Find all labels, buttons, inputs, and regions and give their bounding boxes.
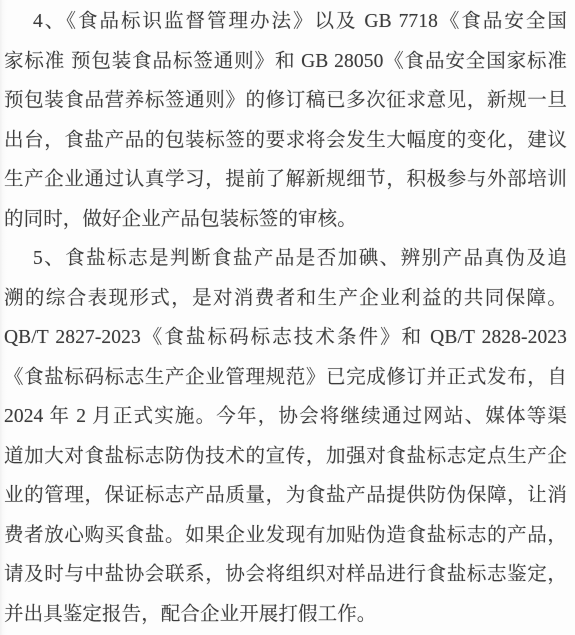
text-line: 并出具鉴定报告，配合企业开展打假工作。	[4, 595, 567, 635]
document-page: 4、《食品标识监督管理办法》以及 GB 7718《食品安全国 家标准 预包装食品…	[0, 0, 575, 635]
text-line: 4、《食品标识监督管理办法》以及 GB 7718《食品安全国	[4, 2, 567, 42]
text-line: 预包装食品营养标签通则》的修订稿已多次征求意见，新规一旦	[4, 81, 567, 121]
text-line: 请及时与中盐协会联系，协会将组织对样品进行食盐标志鉴定，	[4, 555, 567, 595]
paragraph-item-4: 4、《食品标识监督管理办法》以及 GB 7718《食品安全国 家标准 预包装食品…	[4, 2, 567, 239]
text-line: 《食盐标码标志生产企业管理规范》已完成修订并正式发布，自	[4, 358, 567, 398]
text-line: 道加大对食盐标志防伪技术的宣传，加强对食盐标志定点生产企	[4, 437, 567, 477]
text-line: 业的管理，保证标志产品质量，为食盐产品提供防伪保障，让消	[4, 476, 567, 516]
paragraph-item-5: 5、食盐标志是判断食盐产品是否加碘、辨别产品真伪及追 溯的综合表现形式，是对消费…	[4, 239, 567, 634]
text-line: 溯的综合表现形式，是对消费者和生产企业利益的共同保障。	[4, 279, 567, 319]
text-line: 费者放心购买食盐。如果企业发现有加贴伪造食盐标志的产品，	[4, 516, 567, 556]
text-line: 出台，食盐产品的包装标签的要求将会发生大幅度的变化，建议	[4, 121, 567, 161]
text-line: 2024 年 2 月正式实施。今年，协会将继续通过网站、媒体等渠	[4, 397, 567, 437]
text-line: 5、食盐标志是判断食盐产品是否加碘、辨别产品真伪及追	[4, 239, 567, 279]
text-line: 家标准 预包装食品标签通则》和 GB 28050《食品安全国家标准	[4, 42, 567, 82]
text-line: 的同时，做好企业产品包装标签的审核。	[4, 200, 567, 240]
text-line: 生产企业通过认真学习，提前了解新规细节，积极参与外部培训	[4, 160, 567, 200]
text-line: QB/T 2827-2023《食盐标码标志技术条件》和 QB/T 2828-20…	[4, 318, 567, 358]
